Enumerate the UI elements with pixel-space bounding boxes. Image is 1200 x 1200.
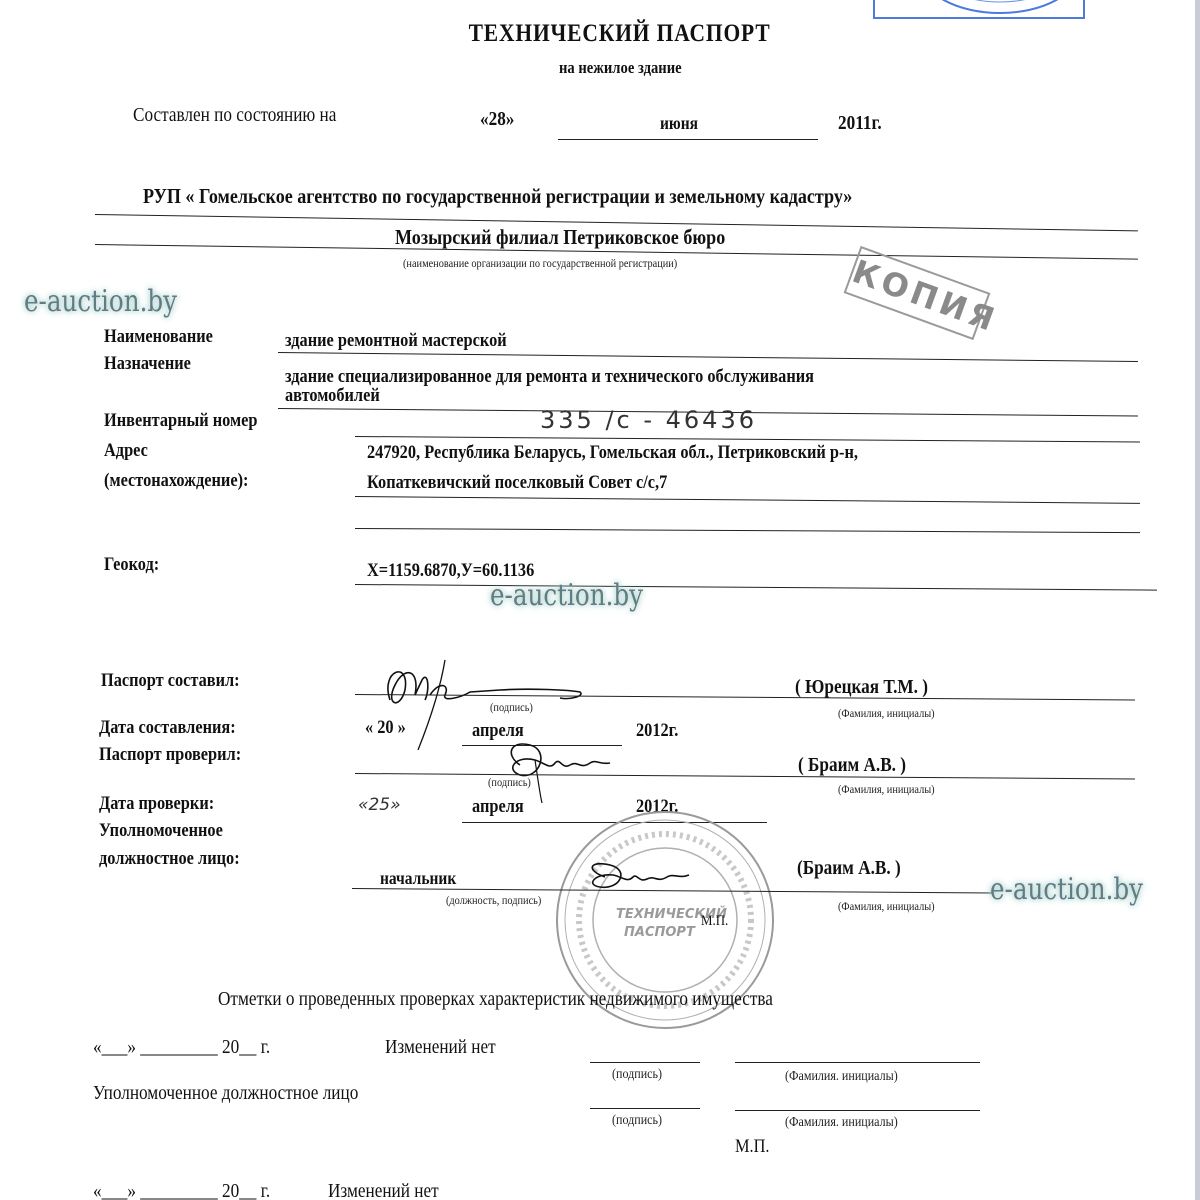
document-subtitle: на нежилое здание [0,58,1200,78]
watermark: e-auction.by [24,284,177,319]
watermark: e-auction.by [490,578,643,613]
compiled-name: ( Юрецкая Т.М. ) [795,676,950,699]
signature-caption: (подпись) [490,700,540,715]
name-caption: (Фамилия. инициалы) [785,1069,916,1085]
check-month: апреля [472,796,532,818]
watermark: e-auction.by [990,872,1143,907]
check-row2-signature-rule [590,1108,700,1109]
address-value-line2: Копаткевичский поселковый Совет с/с,7 [367,472,716,494]
name-value: здание ремонтной мастерской [285,330,543,352]
check-row1-date: «___» _________ 20__ г. [93,1036,299,1059]
official-position: начальник [380,868,469,889]
address-rule-2 [355,528,1140,533]
purpose-value-line2: автомобилей [285,385,395,407]
inventory-label: Инвентарный номер [104,410,283,432]
compiled-date-label: Дата составления: [99,717,258,739]
state-date-year: 2011г. [838,112,889,135]
checked-label: Паспорт проверил: [99,744,264,766]
inventory-value: 335 /с - 46436 [540,406,757,434]
name-caption: (Фамилия, инициалы) [838,782,950,797]
seal-mark: М.П. [701,913,733,930]
address-value-line1: 247920, Республика Беларусь, Гомельская … [367,442,938,464]
check-row1-status: Изменений нет [385,1036,514,1059]
organization-line1: РУП « Гомельское агентство по государств… [143,184,968,209]
checked-name: ( Браим А.В. ) [798,754,924,777]
name-label: Наименование [104,326,231,348]
signature-caption: (подпись) [612,1113,670,1129]
check-row2-status: Изменений нет [328,1180,457,1200]
organization-caption: (наименование организации по государстве… [403,256,722,271]
compiled-year: 2012г. [636,720,685,742]
signature-official-icon [575,855,705,905]
check-official-label: Уполномоченное должностное лицо [93,1082,402,1105]
state-date-month: июня [660,113,704,134]
position-caption: (должность, подпись) [446,893,557,908]
check-row1-name-rule [735,1062,980,1063]
document-title: ТЕХНИЧЕСКИЙ ПАСПОРТ [0,20,1200,48]
geocode-rule [355,584,1157,591]
name-caption: (Фамилия, инициалы) [838,706,950,721]
check-row1-signature-rule [590,1062,700,1063]
compiled-label: Паспорт составил: [101,670,262,692]
signature-caption: (подпись) [488,775,538,790]
address-label-line1: Адрес [104,440,155,462]
state-date-day: «28» [480,108,520,131]
address-label-line2: (местонахождение): [104,470,272,492]
compiled-day: « 20 » [365,717,413,739]
signature-caption: (подпись) [612,1067,670,1083]
copy-stamp: КОПИЯ [844,246,991,340]
check-seal-mark: М.П. [735,1136,775,1158]
name-caption: (Фамилия, инициалы) [838,899,950,914]
check-day: «25» [358,795,401,815]
name-caption: (Фамилия. инициалы) [785,1115,916,1131]
organization-line2: Мозырский филиал Петриковское бюро [395,225,779,250]
signature-checker-icon [500,735,630,805]
check-row2-name-rule [735,1110,980,1111]
checks-section-title: Отметки о проведенных проверках характер… [218,988,863,1011]
official-label-line1: Уполномоченное [99,820,243,842]
check-date-label: Дата проверки: [99,793,233,815]
page-edge [1195,0,1200,1200]
checked-rule [355,773,1135,779]
official-label-line2: должностное лицо: [99,848,263,870]
name-rule [278,352,1138,362]
geocode-label: Геокод: [104,554,168,576]
month-rule [558,139,818,140]
official-name: (Браим А.В. ) [797,857,918,880]
svg-text:ПАСПОРТ: ПАСПОРТ [624,925,696,940]
purpose-label: Назначение [104,353,205,375]
address-rule-1 [355,496,1140,504]
check-row2-date: «___» _________ 20__ г. [93,1180,299,1200]
state-date-label: Составлен по состоянию на [133,104,370,127]
